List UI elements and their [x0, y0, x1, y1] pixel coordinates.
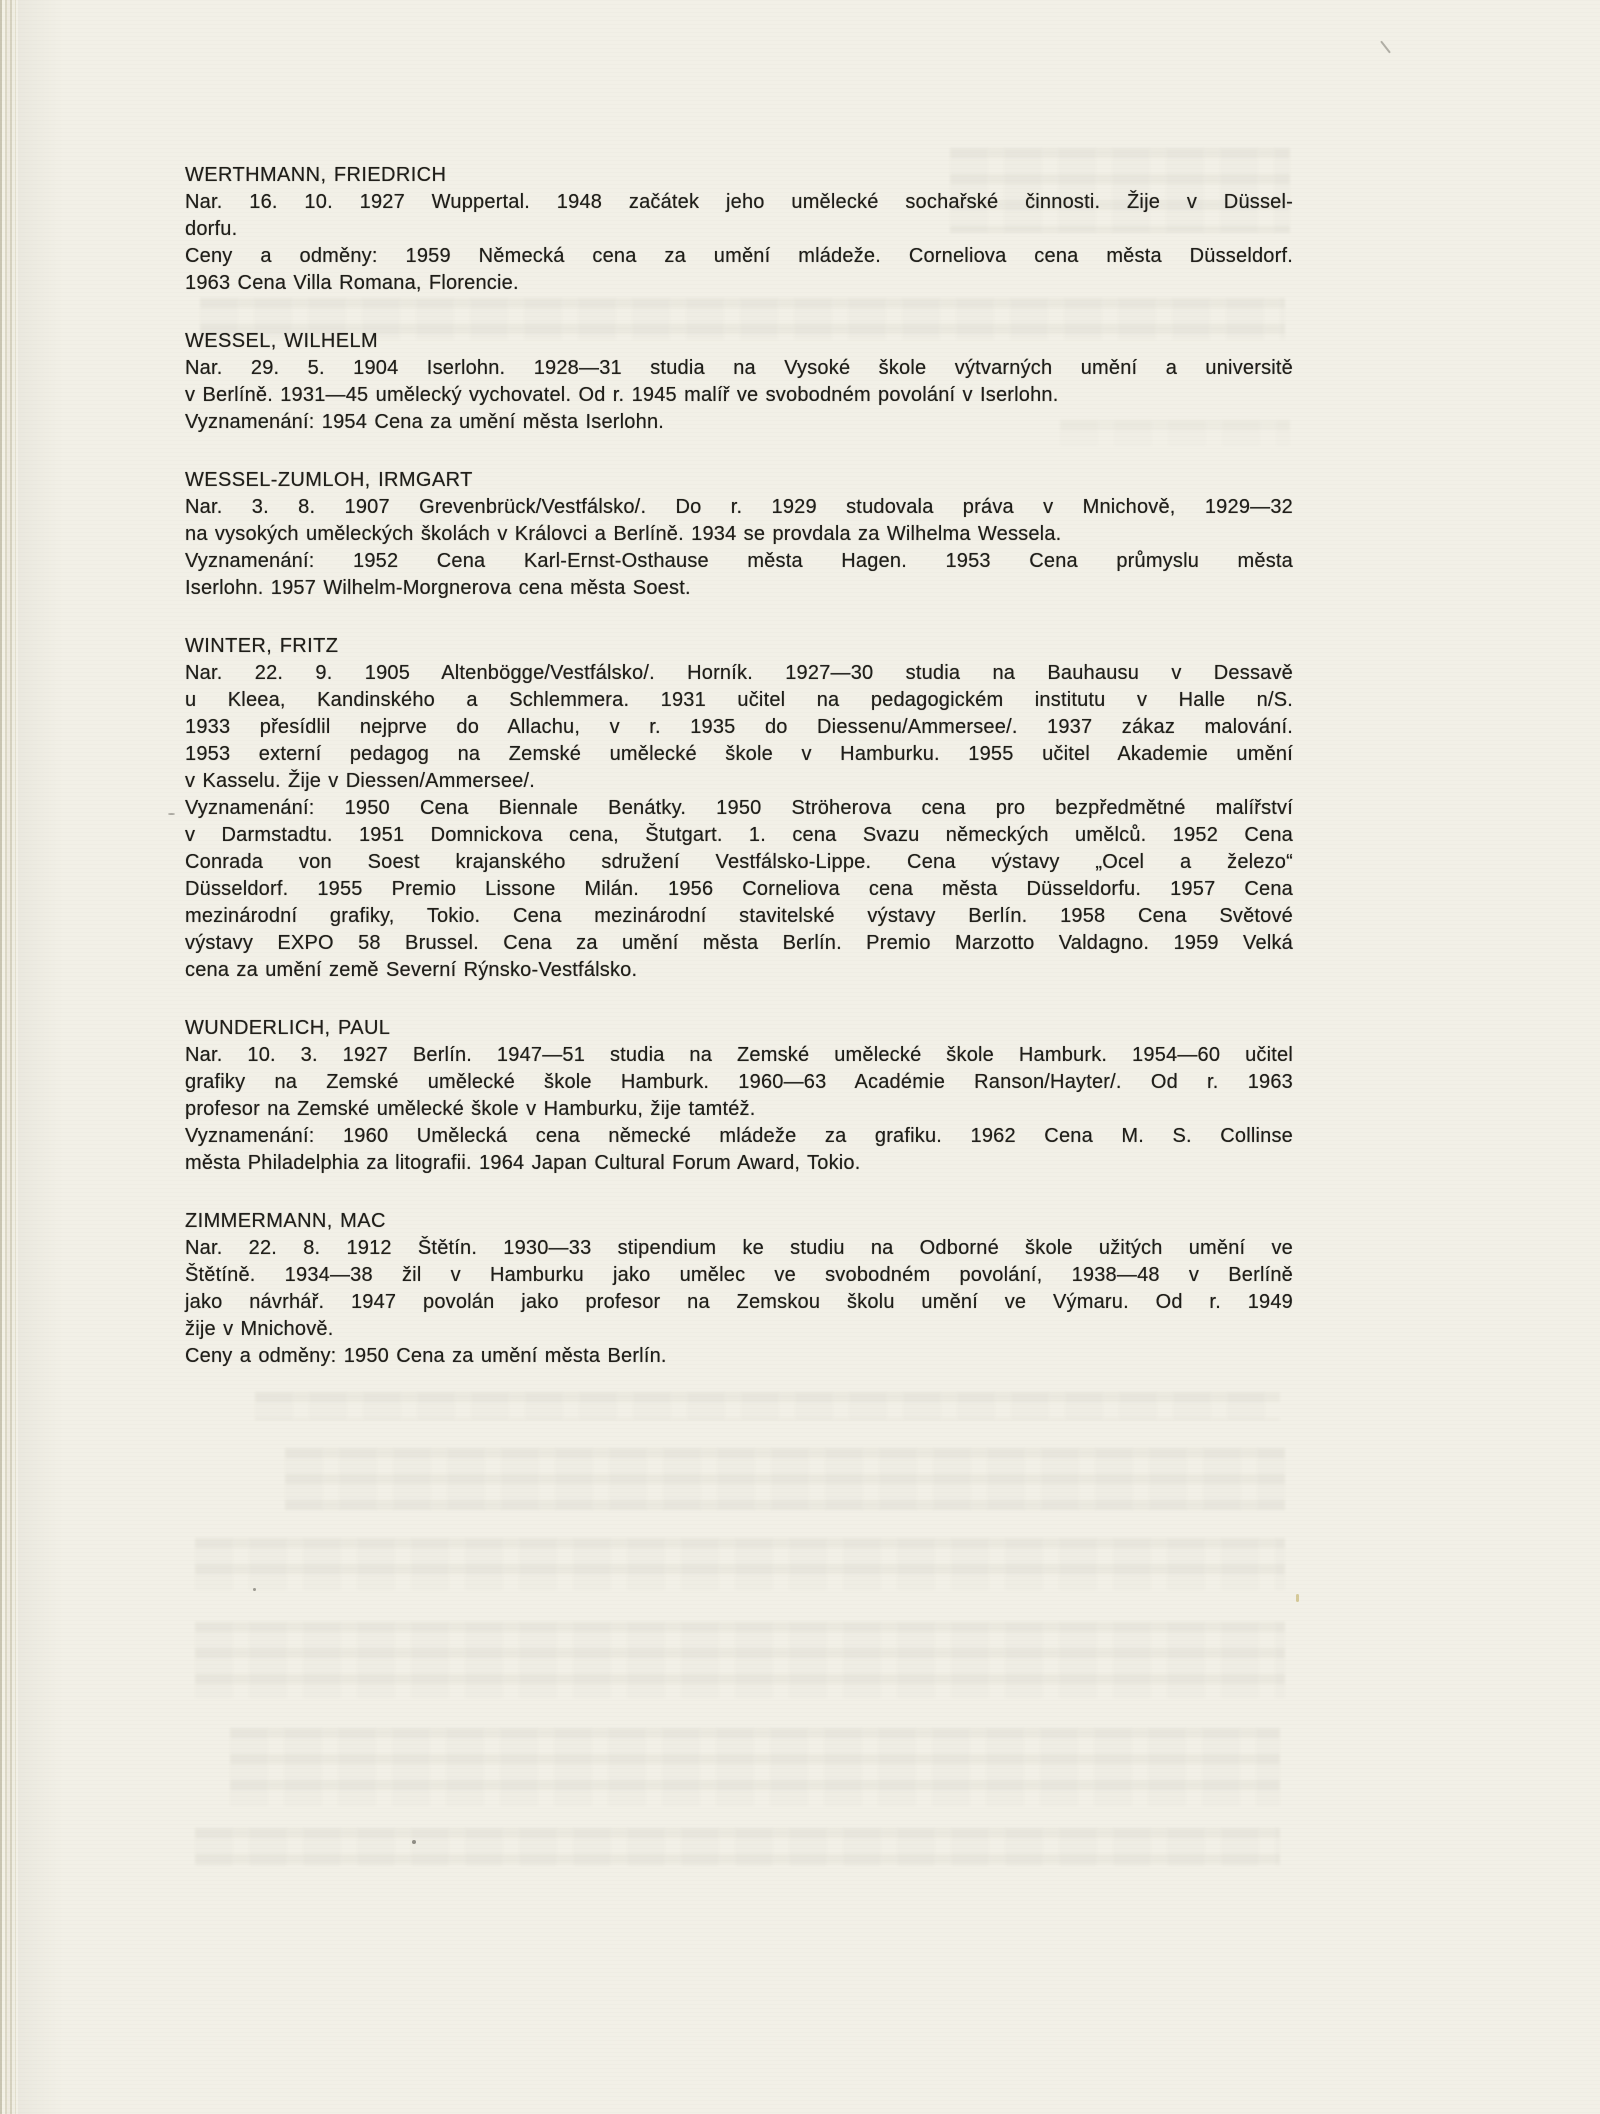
bio-line: Nar. 3. 8. 1907 Grevenbrück/Vestfálsko/.…	[185, 494, 1293, 521]
bio-line: 1933 přesídlil nejprve do Allachu, v r. …	[185, 714, 1293, 741]
bio-line: jako návrhář. 1947 povolán jako profesor…	[185, 1289, 1293, 1316]
awards-line: Ceny a odměny: 1950 Cena za umění města …	[185, 1343, 1293, 1370]
book-page-edges	[0, 0, 18, 2114]
text-column: WERTHMANN, FRIEDRICHNar. 16. 10. 1927 Wu…	[185, 162, 1293, 1370]
artist-name-heading: ZIMMERMANN, MAC	[185, 1208, 1293, 1235]
awards-line: Düsseldorf. 1955 Premio Lissone Milán. 1…	[185, 876, 1293, 903]
awards-line: Vyznamenání: 1950 Cena Biennale Benátky.…	[185, 795, 1293, 822]
bleedthrough-ghost	[255, 1392, 1280, 1420]
bio-line: 1953 externí pedagog na Zemské umělecké …	[185, 741, 1293, 768]
artist-name-heading: WUNDERLICH, PAUL	[185, 1015, 1293, 1042]
awards-line: Iserlohn. 1957 Wilhelm-Morgnerova cena m…	[185, 575, 1293, 602]
artist-entry: WUNDERLICH, PAULNar. 10. 3. 1927 Berlín.…	[185, 1015, 1293, 1177]
bio-line: Štětíně. 1934—38 žil v Hamburku jako umě…	[185, 1262, 1293, 1289]
artist-entry: WERTHMANN, FRIEDRICHNar. 16. 10. 1927 Wu…	[185, 162, 1293, 297]
awards-line: výstavy EXPO 58 Brussel. Cena za umění m…	[185, 930, 1293, 957]
bio-line: v Kasselu. Žije v Diessen/Ammersee/.	[185, 768, 1293, 795]
bio-line: na vysokých uměleckých školách v Královc…	[185, 521, 1293, 548]
awards-line: Vyznamenání: 1960 Umělecká cena německé …	[185, 1123, 1293, 1150]
bio-line: profesor na Zemské umělecké škole v Hamb…	[185, 1096, 1293, 1123]
awards-line: Ceny a odměny: 1959 Německá cena za uměn…	[185, 243, 1293, 270]
bio-line: Nar. 10. 3. 1927 Berlín. 1947—51 studia …	[185, 1042, 1293, 1069]
bleedthrough-ghost	[195, 1622, 1285, 1698]
scan-speck	[168, 813, 175, 815]
artist-entry: WESSEL-ZUMLOH, IRMGARTNar. 3. 8. 1907 Gr…	[185, 467, 1293, 602]
bio-line: u Kleea, Kandinského a Schlemmera. 1931 …	[185, 687, 1293, 714]
page-edge-shadow	[18, 0, 64, 2114]
awards-line: v Darmstadtu. 1951 Domnickova cena, Štut…	[185, 822, 1293, 849]
bleedthrough-ghost	[230, 1728, 1280, 1806]
bleedthrough-ghost	[195, 1538, 1285, 1590]
awards-line: Vyznamenání: 1954 Cena za umění města Is…	[185, 409, 1293, 436]
bio-line: žije v Mnichově.	[185, 1316, 1293, 1343]
artist-name-heading: WERTHMANN, FRIEDRICH	[185, 162, 1293, 189]
bleedthrough-ghost	[195, 1828, 1280, 1866]
scan-speck	[253, 1588, 256, 1591]
artist-entry: WESSEL, WILHELMNar. 29. 5. 1904 Iserlohn…	[185, 328, 1293, 436]
awards-line: 1963 Cena Villa Romana, Florencie.	[185, 270, 1293, 297]
awards-line: města Philadelphia za litografii. 1964 J…	[185, 1150, 1293, 1177]
scan-speck	[1296, 1594, 1299, 1602]
artist-entry: ZIMMERMANN, MACNar. 22. 8. 1912 Štětín. …	[185, 1208, 1293, 1370]
bio-line: v Berlíně. 1931—45 umělecký vychovatel. …	[185, 382, 1293, 409]
artist-entry: WINTER, FRITZNar. 22. 9. 1905 Altenbögge…	[185, 633, 1293, 984]
awards-line: cena za umění země Severní Rýnsko-Vestfá…	[185, 957, 1293, 984]
bio-line: grafiky na Zemské umělecké škole Hamburk…	[185, 1069, 1293, 1096]
bio-line: Nar. 22. 8. 1912 Štětín. 1930—33 stipend…	[185, 1235, 1293, 1262]
scan-speck	[412, 1840, 416, 1844]
bio-line: Nar. 29. 5. 1904 Iserlohn. 1928—31 studi…	[185, 355, 1293, 382]
bio-line: Nar. 22. 9. 1905 Altenbögge/Vestfálsko/.…	[185, 660, 1293, 687]
artist-name-heading: WINTER, FRITZ	[185, 633, 1293, 660]
bio-line: Nar. 16. 10. 1927 Wuppertal. 1948 začáte…	[185, 189, 1293, 216]
artist-name-heading: WESSEL, WILHELM	[185, 328, 1293, 355]
awards-line: Conrada von Soest krajanského sdružení V…	[185, 849, 1293, 876]
scanned-page: WERTHMANN, FRIEDRICHNar. 16. 10. 1927 Wu…	[0, 0, 1600, 2114]
scan-scratch	[1380, 40, 1391, 53]
awards-line: mezinárodní grafiky, Tokio. Cena mezinár…	[185, 903, 1293, 930]
bio-line: dorfu.	[185, 216, 1293, 243]
bleedthrough-ghost	[285, 1448, 1285, 1510]
awards-line: Vyznamenání: 1952 Cena Karl-Ernst-Osthau…	[185, 548, 1293, 575]
artist-name-heading: WESSEL-ZUMLOH, IRMGART	[185, 467, 1293, 494]
